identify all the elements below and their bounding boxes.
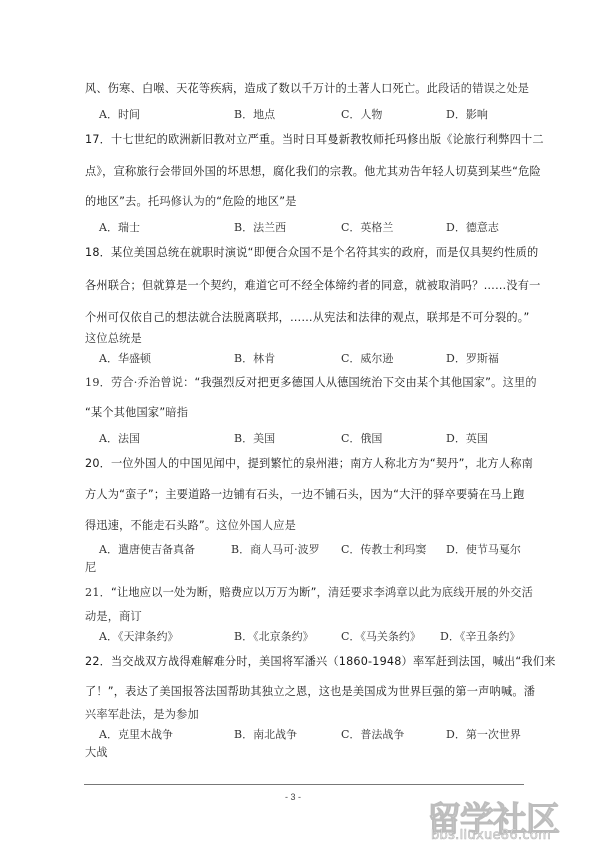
q19-option-c[interactable]: C．俄国 (341, 432, 382, 446)
q18-stem-line3: 个州可仅依自己的想法就合法脱离联邦，……从宪法和法律的观点，联邦是不可分裂的。” (85, 311, 515, 325)
q20-stem-line3: 得迅速，不能走石头路”。这位外国人应是 (85, 519, 515, 533)
q17-option-b[interactable]: B．法兰西 (234, 221, 286, 235)
q21-stem-head: 21． (85, 586, 111, 599)
q17-stem-tail: 托玛修认为的 (148, 195, 216, 208)
q19-stem-line1: 19．劳合·乔治曾说：“我强烈反对把更多德国人从德国统治下交由某个其他国家”。这… (85, 376, 515, 390)
q17-stem-text: 的地区”去。 (85, 195, 148, 208)
q21-option-c[interactable]: C．《马关条约》 (341, 630, 421, 644)
q21-stem-tail: ，清廷要求李鸿章以此为底线开展的外交活 (317, 586, 533, 599)
q21-option-d[interactable]: D．《辛丑条约》 (440, 630, 520, 644)
q22-stem-line1: 22．当交战双方战得难解难分时，美国将军潘兴（1860-1948）率军赶到法国，… (85, 655, 515, 669)
q20-options: A．遣唐使吉备真备 B．商人马可·波罗 C．传教士利玛窦 D．使节马戛尔 (85, 543, 515, 557)
q22-stem-line2: 了！”，表达了美国报答法国帮助其独立之恩，这也是美国成为世界巨强的第一声呐喊。潘 (85, 685, 515, 699)
q20-option-d[interactable]: D．使节马戛尔 (446, 543, 521, 557)
footer-divider (84, 784, 524, 785)
q19-stem-quote: “我强烈反对把更多德国人从德国统治下交由某个其他国家”。 (195, 376, 503, 389)
q18-stem-line2: 各州联合；但就算是一个契约，难道它可不经全体缔约者的同意，就被取消吗？……没有一 (85, 279, 515, 293)
q20-stem-line2: 方人为“蛮子”；主要道路一边铺有石头，一边不铺石头，因为“大汗的驿卒要骑在马上跑 (85, 488, 515, 502)
q20-option-a[interactable]: A．遣唐使吉备真备 (99, 543, 195, 557)
q18-stem-line4: 这位总统是 (85, 332, 515, 346)
q19-option-b[interactable]: B．美国 (234, 432, 275, 446)
q16-option-c[interactable]: C．人物 (341, 108, 382, 122)
q22-options: A．克里木战争 B．南北战争 C．普法战争 D．第一次世界 (85, 728, 515, 742)
q17-option-c[interactable]: C．英格兰 (341, 221, 393, 235)
q20-option-b[interactable]: B．商人马可·波罗 (231, 543, 320, 557)
q22-option-d[interactable]: D．第一次世界 (446, 728, 521, 742)
q22-option-c[interactable]: C．普法战争 (341, 728, 404, 742)
q22-option-a[interactable]: A．克里木战争 (99, 728, 173, 742)
q16-options: A．时间 B．地点 C．人物 D．影响 (85, 108, 515, 122)
q16-stem: 风、伤寒、白喉、天花等疾病，造成了数以千万计的土著人口死亡。此段话的错误之处是 (85, 82, 515, 96)
q16-stem-text: 风、伤寒、白喉、天花等疾病，造成了数以千万计的土著人口死亡。 (85, 82, 427, 95)
q17-stem-end: 是 (285, 195, 296, 208)
q22-stem-tail: 潘 (524, 685, 535, 698)
q19-stem-tail: 这里的 (503, 376, 537, 389)
watermark-logo: 留学社区 bbs.liuxue86.com (425, 792, 595, 846)
q22-option-d-wrap: 大战 (85, 746, 515, 760)
q18-option-c[interactable]: C．威尔逊 (341, 352, 393, 366)
q18-options: A．华盛顿 B．林肯 C．威尔逊 D．罗斯福 (85, 352, 515, 366)
q21-stem-line2: 动是，商订 (85, 610, 515, 624)
q20-stem-line1: 20．一位外国人的中国见闻中，提到繁忙的泉州港；南方人称北方为“契丹”，北方人称… (85, 457, 515, 471)
q17-stem-line2: 点》，宣称旅行会带回外国的坏思想，腐化我们的宗教。他尤其劝告年轻人切莫到某些“危… (85, 165, 515, 179)
q19-stem-quote2: “某个其他国家” (85, 406, 165, 419)
q20-stem-tail: 这位外国人应是 (216, 519, 296, 532)
q22-stem-line3: 兴率军赴法，是为参加 (85, 708, 515, 722)
q19-stem-line2: “某个其他国家”暗指 (85, 406, 515, 420)
q17-stem-line1: 17．十七世纪的欧洲新旧教对立严重。当时日耳曼新教牧师托玛修出版《论旅行利弊四十… (85, 133, 515, 147)
q20-option-d-wrap: 尼 (85, 561, 515, 575)
q17-option-d[interactable]: D．德意志 (446, 221, 499, 235)
q21-stem-quote: “让地应以一处为断，赔费应以万万为断” (111, 586, 317, 599)
q18-option-d[interactable]: D．罗斯福 (446, 352, 499, 366)
q16-option-d[interactable]: D．影响 (446, 108, 488, 122)
q16-stem-tail: 此段话的错误之处是 (427, 82, 530, 95)
q20-stem-text: 得迅速，不能走石头路”。 (85, 519, 216, 532)
q17-options: A．瑞士 B．法兰西 C．英格兰 D．德意志 (85, 221, 515, 235)
q18-stem-line1: 18．某位美国总统在就职时演说“即便合众国不是个名符其实的政府，而是仅具契约性质… (85, 246, 515, 260)
q18-option-a[interactable]: A．华盛顿 (99, 352, 151, 366)
q21-option-b[interactable]: B．《北京条约》 (234, 630, 314, 644)
q20-option-c[interactable]: C．传教士利玛窦 (341, 543, 426, 557)
q18-option-b[interactable]: B．林肯 (234, 352, 275, 366)
q16-option-b[interactable]: B．地点 (234, 108, 275, 122)
q16-option-a[interactable]: A．时间 (99, 108, 140, 122)
q19-option-a[interactable]: A．法国 (99, 432, 140, 446)
q22-stem-text: 了！”，表达了美国报答法国帮助其独立之恩，这也是美国成为世界巨强的第一声呐喊。 (85, 685, 524, 698)
q21-stem-line1: 21．“让地应以一处为断，赔费应以万万为断”，清廷要求李鸿章以此为底线开展的外交… (85, 586, 515, 600)
q19-option-d[interactable]: D．英国 (446, 432, 488, 446)
q19-options: A．法国 B．美国 C．俄国 D．英国 (85, 432, 515, 446)
q21-options: A．《天津条约》 B．《北京条约》 C．《马关条约》 D．《辛丑条约》 (85, 630, 515, 644)
watermark-url: bbs.liuxue86.com (431, 828, 551, 843)
q19-stem-head: 19．劳合·乔治曾说： (85, 376, 195, 389)
q17-option-a[interactable]: A．瑞士 (99, 221, 140, 235)
q17-stem-line3: 的地区”去。托玛修认为的“危险的地区”是 (85, 195, 515, 209)
q19-stem-tail2: 暗指 (165, 406, 188, 419)
q21-option-a[interactable]: A．《天津条约》 (99, 630, 178, 644)
page-number: - 3 - (285, 792, 301, 802)
q22-option-b[interactable]: B．南北战争 (234, 728, 297, 742)
q17-stem-quote: “危险的地区” (216, 195, 285, 208)
